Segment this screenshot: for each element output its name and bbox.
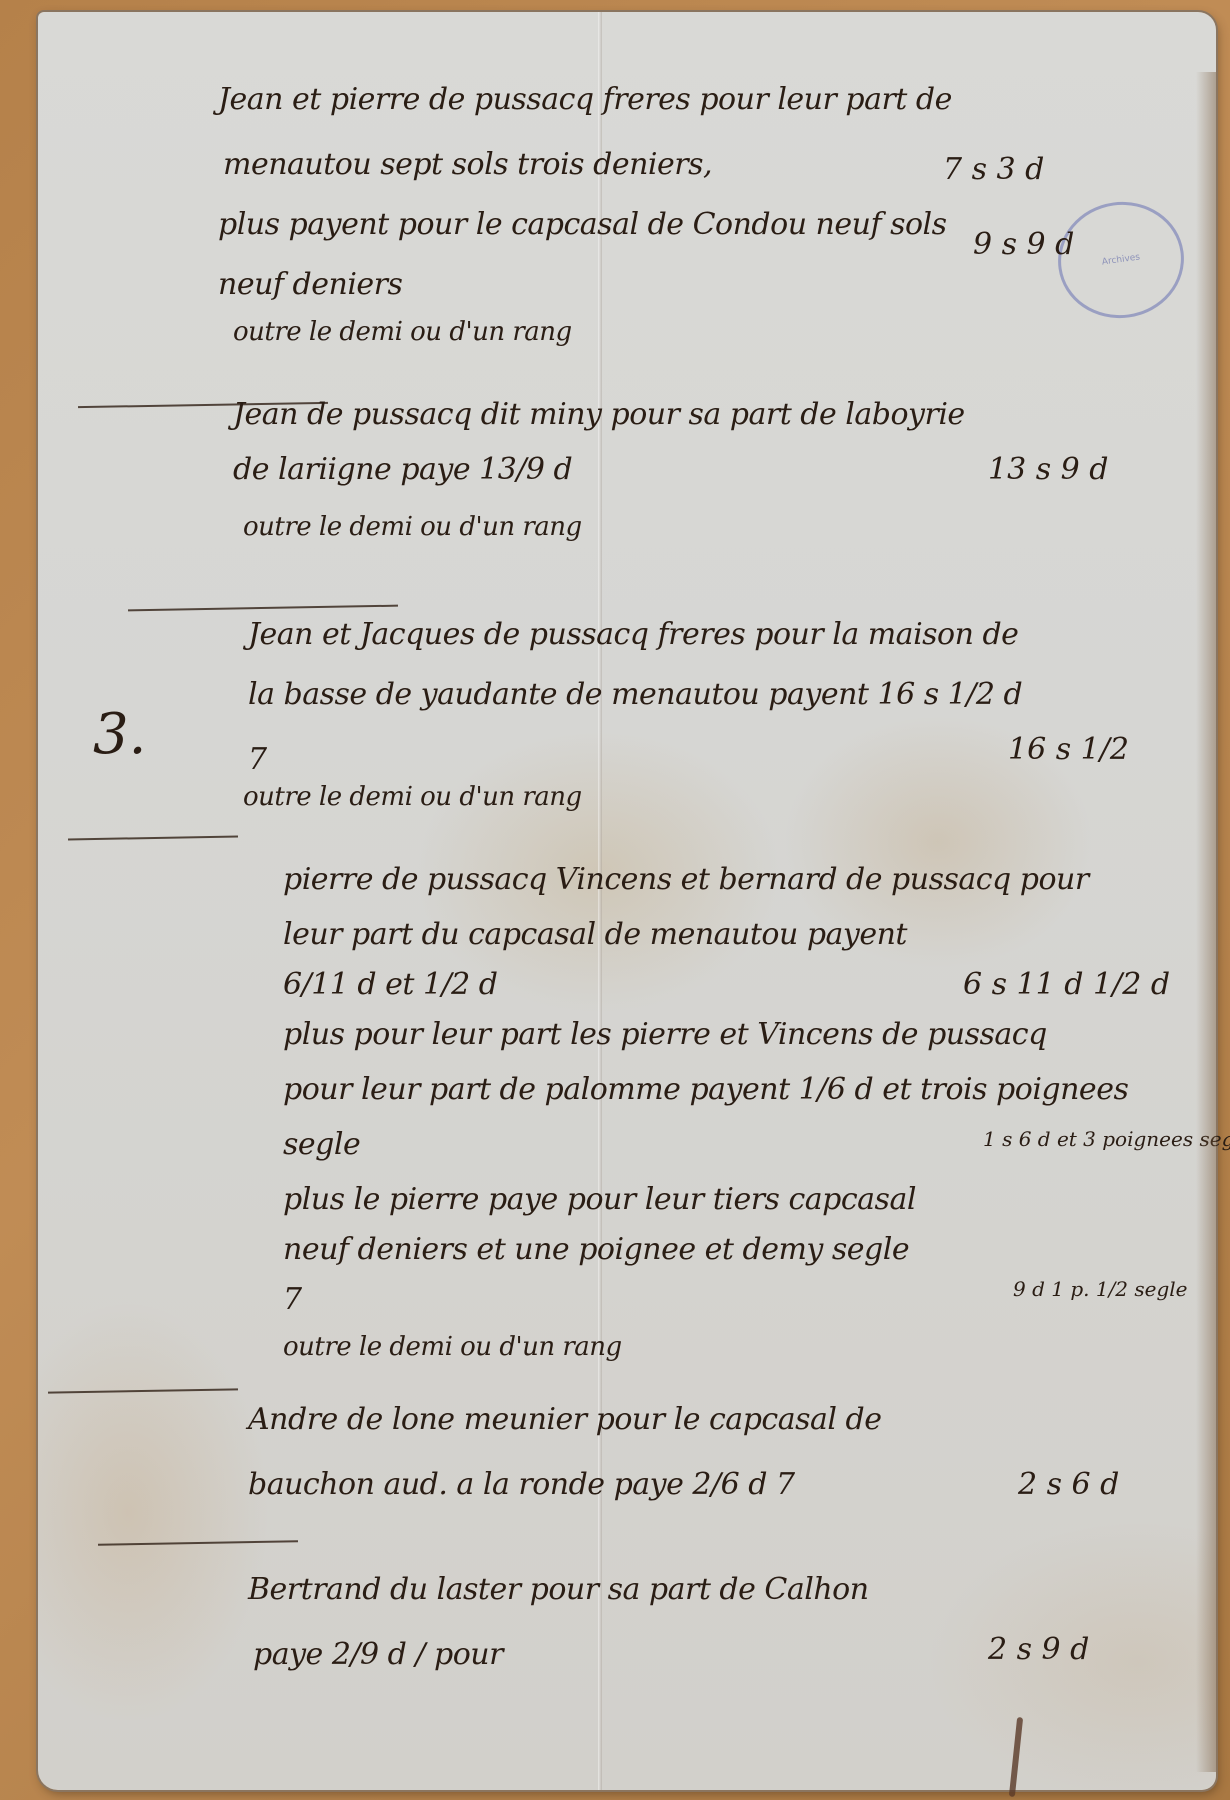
entry-2-line-1: Jean de pussacq dit miny pour sa part de… xyxy=(233,397,965,432)
entry-7-amount: 2 s 6 d xyxy=(1018,1467,1119,1502)
entry-3-line-3: 7 xyxy=(248,742,267,777)
entry-8-line-2: paye 2/9 d / pour xyxy=(253,1637,503,1672)
entry-3-line-1: Jean et Jacques de pussacq freres pour l… xyxy=(248,617,1018,652)
entry-1-amount-2: 9 s 9 d xyxy=(973,227,1074,262)
entry-7-line-1: Andre de lone meunier pour le capcasal d… xyxy=(248,1402,881,1437)
entry-1-line-4: neuf deniers xyxy=(218,267,402,302)
entry-1-outre: outre le demi ou d'un rang xyxy=(233,317,572,347)
entry-8-line-1: Bertrand du laster pour sa part de Calho… xyxy=(248,1572,869,1607)
entry-5-amount: 1 s 6 d et 3 poignees segle xyxy=(983,1127,1230,1151)
entry-4-amount: 6 s 11 d 1/2 d xyxy=(963,967,1170,1002)
entry-6-line-3: 7 xyxy=(283,1282,302,1317)
entry-1-amount-1: 7 s 3 d xyxy=(943,152,1044,187)
entry-1-line-2: menautou sept sols trois deniers, xyxy=(223,147,712,182)
entry-7-line-2: bauchon aud. a la ronde paye 2/6 d 7 xyxy=(248,1467,795,1502)
margin-mark: 3. xyxy=(93,702,146,767)
entry-6-outre: outre le demi ou d'un rang xyxy=(283,1332,622,1362)
entry-1-line-1: Jean et pierre de pussacq freres pour le… xyxy=(218,82,952,117)
entry-5-line-1: plus pour leur part les pierre et Vincen… xyxy=(283,1017,1047,1052)
entry-5-line-3: segle xyxy=(283,1127,360,1162)
entry-5-line-2: pour leur part de palomme payent 1/6 d e… xyxy=(283,1072,1128,1107)
manuscript-page: Archives Jean et pierre de pussacq frere… xyxy=(38,12,1216,1790)
entry-2-line-2: de lariigne paye 13/9 d xyxy=(233,452,572,487)
entry-4-line-2: leur part du capcasal de menautou payent xyxy=(283,917,907,952)
entry-6-line-2: neuf deniers et une poignee et demy segl… xyxy=(283,1232,909,1267)
separator-rule xyxy=(98,1540,298,1545)
separator-rule xyxy=(48,1388,238,1393)
entry-3-amount: 16 s 1/2 xyxy=(1008,732,1129,767)
separator-rule xyxy=(128,605,398,612)
entry-3-outre: outre le demi ou d'un rang xyxy=(243,782,582,812)
entry-3-line-2: la basse de yaudante de menautou payent … xyxy=(248,677,1022,712)
entry-6-amount: 9 d 1 p. 1/2 segle xyxy=(1013,1277,1188,1301)
entry-8-amount: 2 s 9 d xyxy=(988,1632,1089,1667)
entry-6-line-1: plus le pierre paye pour leur tiers capc… xyxy=(283,1182,916,1217)
entry-4-line-1: pierre de pussacq Vincens et bernard de … xyxy=(283,862,1089,897)
ink-mark xyxy=(1009,1717,1023,1797)
entry-4-line-3: 6/11 d et 1/2 d xyxy=(283,967,498,1002)
separator-rule xyxy=(68,836,238,841)
entry-2-amount: 13 s 9 d xyxy=(988,452,1108,487)
entry-1-line-3: plus payent pour le capcasal de Condou n… xyxy=(218,207,947,242)
entry-2-outre: outre le demi ou d'un rang xyxy=(243,512,582,542)
